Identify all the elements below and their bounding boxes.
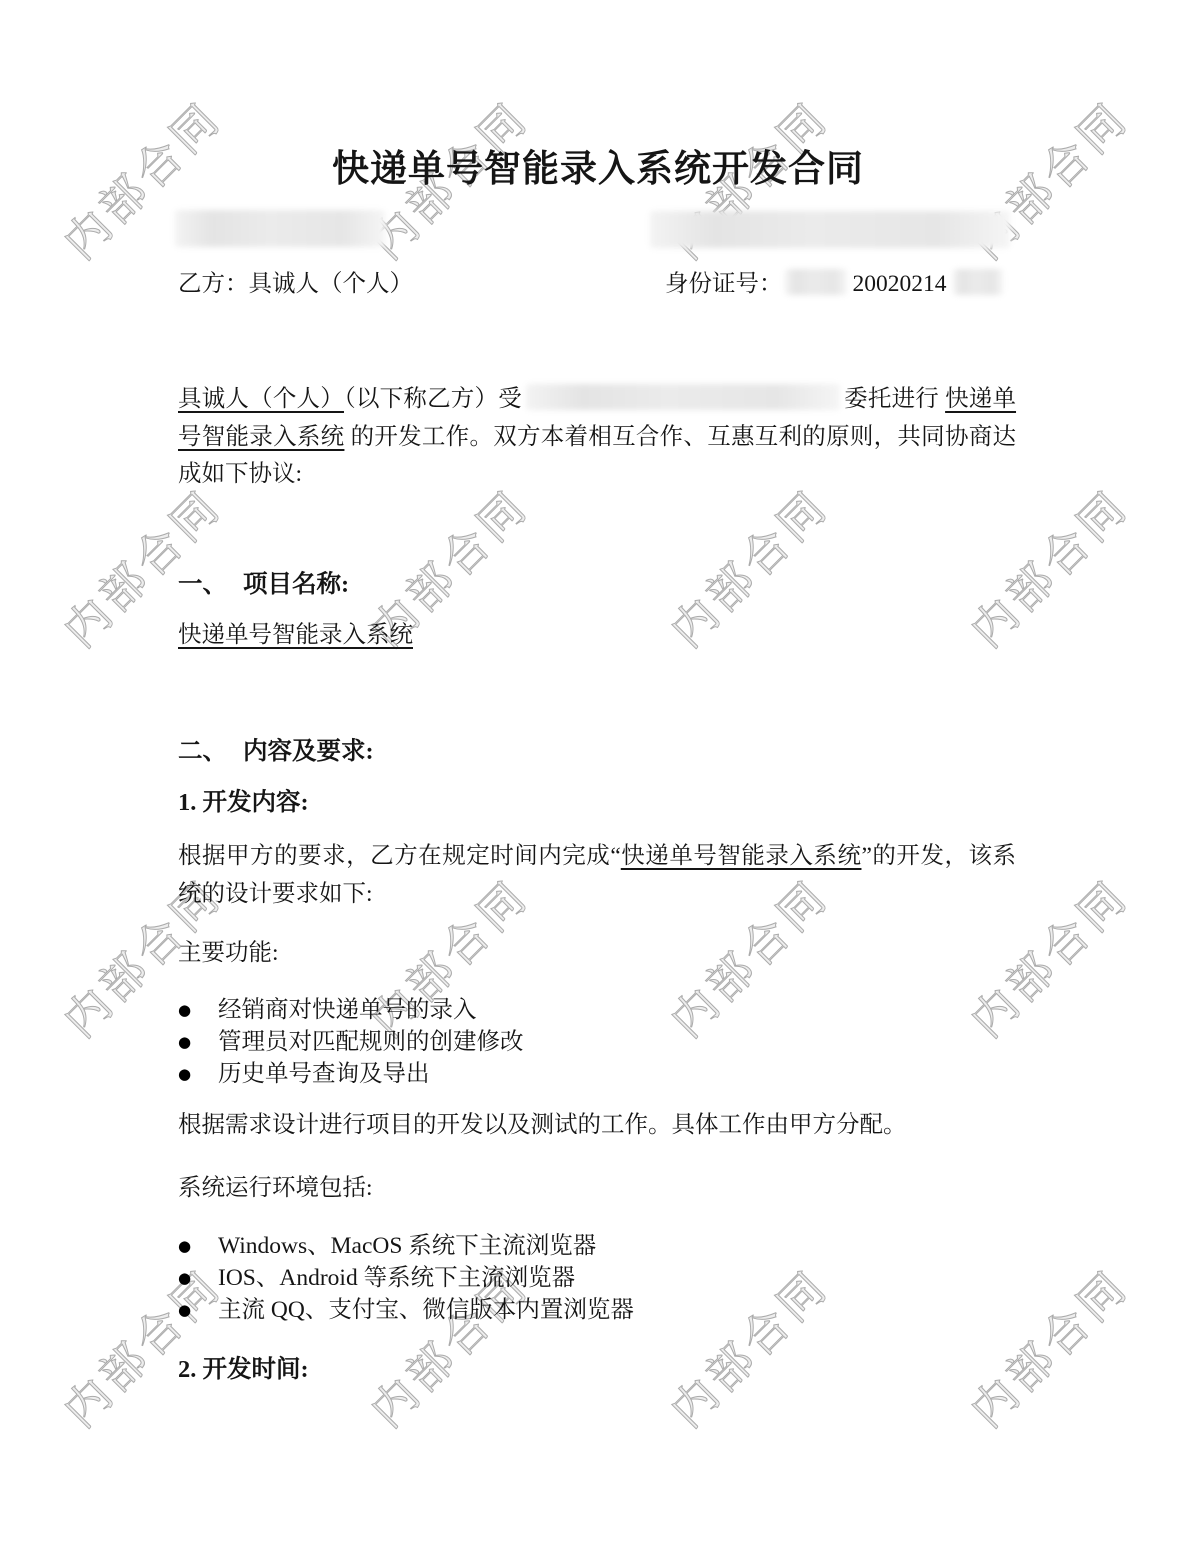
feature-text: 经销商对快递单号的录入: [218, 994, 477, 1026]
feature-text: 历史单号查询及导出: [218, 1058, 430, 1090]
watermark: 内部合同: [972, 490, 1122, 640]
features-label: 主要功能:: [178, 935, 279, 973]
features-list: ● 经销商对快递单号的录入 ● 管理员对匹配规则的创建修改 ● 历史单号查询及导…: [178, 994, 1016, 1090]
contract-document-page: 内部合同内部合同内部合同内部合同内部合同内部合同内部合同内部合同内部合同内部合同…: [0, 0, 1200, 1553]
section1-title: 项目名称:: [243, 571, 349, 598]
bullet-icon: ●: [178, 1294, 218, 1326]
bullet-icon: ●: [178, 1058, 218, 1090]
environment-text: IOS、Android 等系统下主流浏览器: [218, 1262, 575, 1294]
bullet-icon: ●: [178, 1230, 218, 1262]
list-item: ● Windows、MacOS 系统下主流浏览器: [178, 1230, 1016, 1262]
list-item: ● 历史单号查询及导出: [178, 1058, 1016, 1090]
assignment-paragraph: 根据需求设计进行项目的开发以及测试的工作。具体工作由甲方分配。: [178, 1107, 1016, 1145]
dev-content-heading: 1. 开发内容:: [178, 783, 309, 818]
list-item: ● 经销商对快递单号的录入: [178, 994, 1016, 1026]
section2-title: 内容及要求:: [243, 738, 374, 765]
id-visible-digits: 20020214: [853, 271, 947, 297]
intro-paragraph: 具诚人（个人）（以下称乙方）受委托进行 快递单号智能录入系统 的开发工作。双方本…: [178, 381, 1016, 494]
requirement-project-name: 快递单号智能录入系统: [621, 843, 862, 869]
requirement-paragraph: 根据甲方的要求，乙方在规定时间内完成“快递单号智能录入系统”的开发，该系统的设计…: [178, 838, 1016, 913]
document-title: 快递单号智能录入系统开发合同: [178, 138, 1018, 192]
section1-heading: 一、项目名称:: [178, 565, 349, 600]
section1-number: 一、: [178, 571, 227, 598]
intro-party-b-name: 具诚人（个人）: [178, 386, 344, 412]
intro-after-name: （以下称乙方）受: [344, 386, 522, 412]
list-item: ● 主流 QQ、支付宝、微信版本内置浏览器: [178, 1294, 1016, 1326]
environment-label: 系统运行环境包括:: [178, 1170, 373, 1208]
id-line: 身份证号：20020214: [665, 266, 1003, 304]
project-name-line: 快递单号智能录入系统: [178, 617, 413, 655]
list-item: ● 管理员对匹配规则的创建修改: [178, 1026, 1016, 1058]
bullet-icon: ●: [178, 1026, 218, 1058]
redacted-id-suffix: [953, 269, 1003, 295]
dev-time-heading: 2. 开发时间:: [178, 1350, 309, 1385]
intro-after-blur: 委托进行: [844, 386, 945, 412]
project-name: 快递单号智能录入系统: [178, 622, 413, 648]
feature-text: 管理员对匹配规则的创建修改: [218, 1026, 524, 1058]
environment-text: 主流 QQ、支付宝、微信版本内置浏览器: [218, 1294, 634, 1326]
id-label: 身份证号：: [665, 271, 783, 297]
bullet-icon: ●: [178, 1262, 218, 1294]
section2-number: 二、: [178, 738, 227, 765]
list-item: ● IOS、Android 等系统下主流浏览器: [178, 1262, 1016, 1294]
bullet-icon: ●: [178, 994, 218, 1026]
section2-heading: 二、内容及要求:: [178, 732, 374, 767]
requirement-before: 根据甲方的要求，乙方在规定时间内完成“: [178, 843, 621, 869]
redacted-party-a-inline: [526, 384, 840, 410]
watermark: 内部合同: [672, 490, 822, 640]
redacted-party-a-right: [650, 211, 1010, 248]
redacted-party-a-left: [175, 210, 385, 247]
environment-text: Windows、MacOS 系统下主流浏览器: [218, 1230, 596, 1262]
party-b-line: 乙方：具诚人（个人）: [178, 266, 413, 304]
redacted-id-prefix: [785, 269, 847, 295]
environment-list: ● Windows、MacOS 系统下主流浏览器 ● IOS、Android 等…: [178, 1230, 1016, 1326]
